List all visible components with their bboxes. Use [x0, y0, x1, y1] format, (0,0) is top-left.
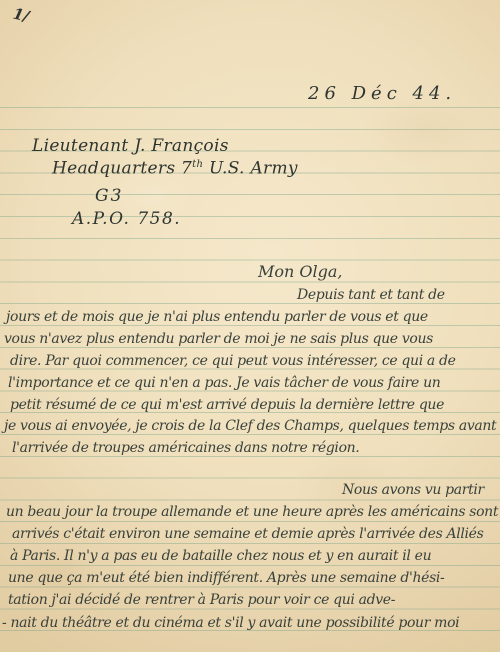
body-line: Nous avons vu partir [342, 483, 484, 497]
sender-section: G3 [95, 188, 123, 205]
sender-apo: A.P.O. 758. [72, 211, 181, 228]
body-line: l'importance et ce qui n'en a pas. Je va… [8, 376, 440, 390]
body-line: vous n'avez plus entendu parler de moi j… [4, 332, 433, 346]
body-line: l'arrivée de troupes américaines dans no… [12, 441, 359, 455]
salutation: Mon Olga, [258, 264, 343, 280]
body-line: une que ça m'eut été bien indifférent. A… [8, 571, 444, 585]
page-mark: 1/ [12, 7, 31, 25]
body-line: petit résumé de ce qui m'est arrivé depu… [10, 398, 444, 412]
sender-name: Lieutenant J. François [32, 138, 229, 155]
letter-paper: 1/ 26 Déc 44. Lieutenant J. François Hea… [0, 0, 500, 652]
body-line: arrivés c'était environ une semaine et d… [12, 527, 483, 541]
body-line: jours et de mois que je n'ai plus entend… [6, 310, 428, 324]
letter-date: 26 Déc 44. [308, 85, 456, 103]
body-line: Depuis tant et tant de [297, 288, 445, 302]
sender-unit-post: U.S. Army [203, 159, 298, 179]
sender-unit-ordinal: th [192, 159, 203, 170]
body-line: à Paris. Il n'y a pas eu de bataille che… [10, 549, 431, 563]
body-line: tation j'ai décidé de rentrer à Paris po… [8, 593, 395, 607]
sender-unit: Headquarters 7th U.S. Army [52, 160, 298, 178]
sender-unit-pre: Headquarters 7 [52, 159, 192, 179]
body-line: - nait du théâtre et du cinéma et s'il y… [2, 616, 459, 630]
body-line: dire. Par quoi commencer, ce qui peut vo… [10, 354, 456, 368]
body-line: je vous ai envoyée, je crois de la Clef … [4, 419, 496, 433]
body-line: un beau jour la troupe allemande et une … [6, 505, 498, 519]
